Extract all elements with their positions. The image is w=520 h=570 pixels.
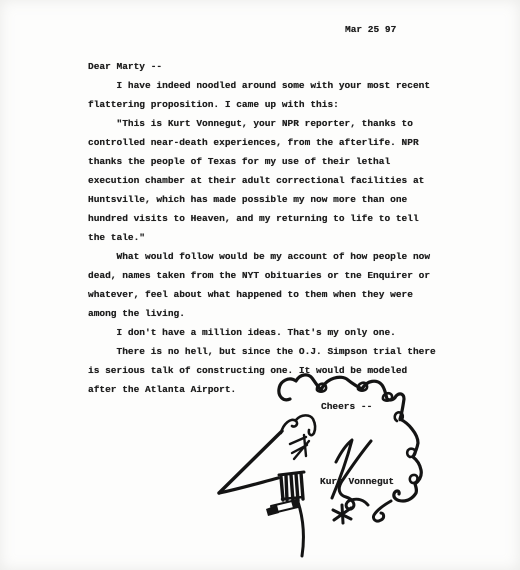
vonnegut-self-portrait-doodle bbox=[200, 372, 430, 562]
letter-line: I have indeed noodled around some with y… bbox=[88, 76, 436, 95]
letter-line: among the living. bbox=[88, 304, 436, 323]
face-profile bbox=[219, 415, 315, 556]
k-monogram-signature bbox=[332, 440, 371, 523]
letter-line: Huntsville, which has made possible my n… bbox=[88, 190, 436, 209]
letter-line: Dear Marty -- bbox=[88, 57, 436, 76]
letter-line: thanks the people of Texas for my use of… bbox=[88, 152, 436, 171]
letter-line: "This is Kurt Vonnegut, your NPR reporte… bbox=[88, 114, 436, 133]
letter-line: flattering proposition. I came up with t… bbox=[88, 95, 436, 114]
letter-line: the tale." bbox=[88, 228, 436, 247]
letter-line: What would follow would be my account of… bbox=[88, 247, 436, 266]
letter-line: I don't have a million ideas. That's my … bbox=[88, 323, 436, 342]
letter-line: execution chamber at their adult correct… bbox=[88, 171, 436, 190]
letter-body: Dear Marty -- I have indeed noodled arou… bbox=[88, 57, 436, 399]
letter-date: Mar 25 97 bbox=[345, 24, 396, 35]
letter-page: Mar 25 97 Dear Marty -- I have indeed no… bbox=[0, 0, 520, 570]
letter-line: dead, names taken from the NYT obituarie… bbox=[88, 266, 436, 285]
letter-line: hundred visits to Heaven, and my returni… bbox=[88, 209, 436, 228]
letter-line: controlled near-death experiences, from … bbox=[88, 133, 436, 152]
letter-line: whatever, feel about what happened to th… bbox=[88, 285, 436, 304]
letter-line: There is no hell, but since the O.J. Sim… bbox=[88, 342, 436, 361]
